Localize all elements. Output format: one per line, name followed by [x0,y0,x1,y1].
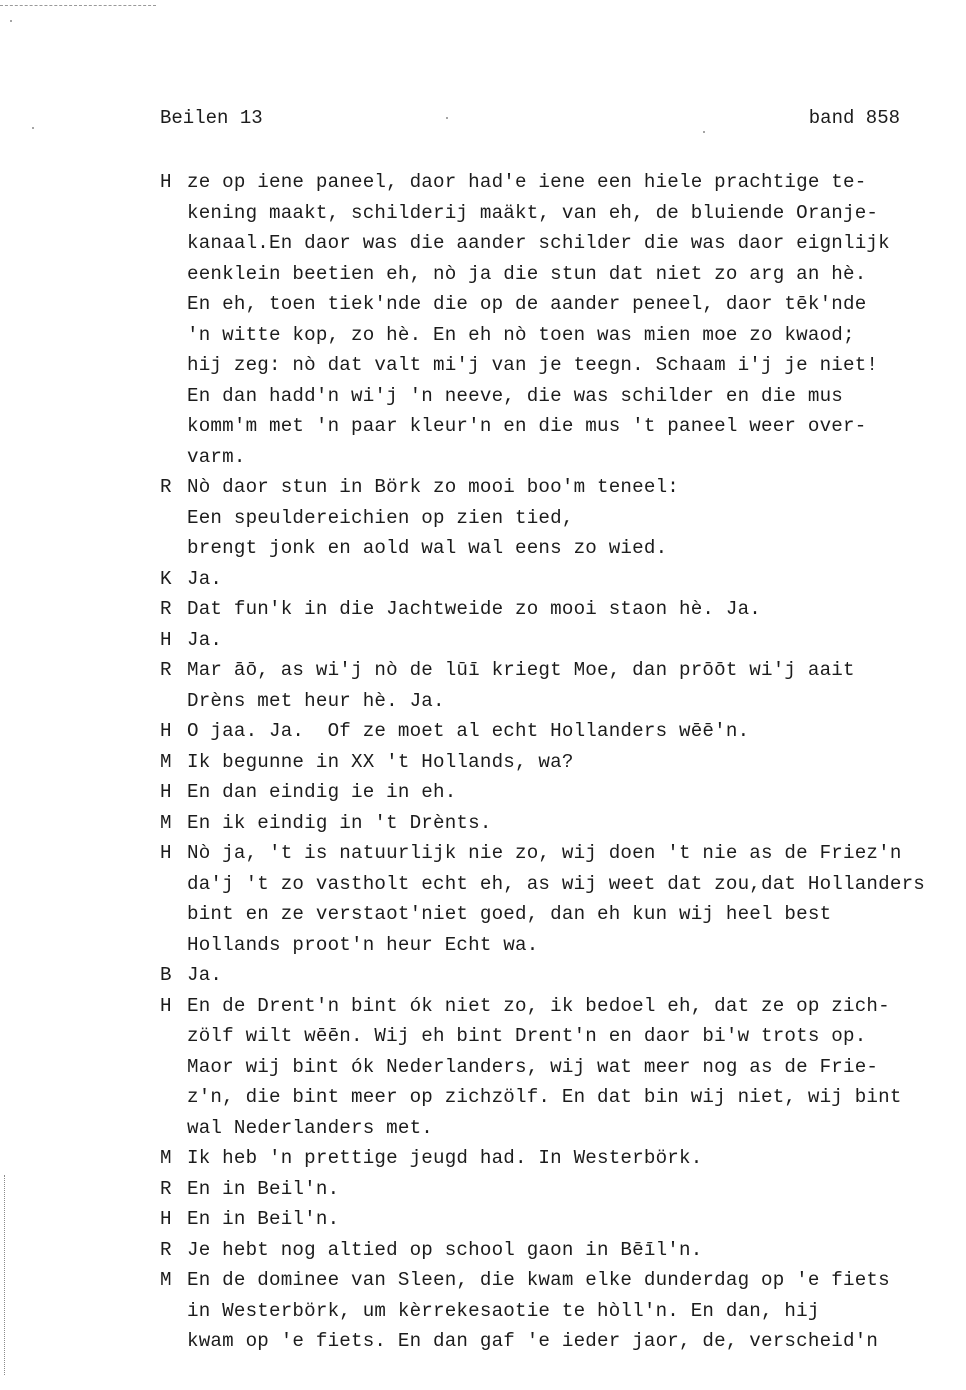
scan-speck [32,127,34,129]
transcript-line: Drèns met heur hè. Ja. [187,686,950,717]
speaker-label: H [160,838,172,869]
tape-number-label: band 858 [809,106,900,130]
speaker-label: R [160,594,172,625]
transcript-turn: MIk begunne in XX 't Hollands, wa? [160,747,950,778]
transcript-line: eenklein beetien eh, nò ja die stun dat … [187,259,950,290]
transcript-line: En in Beil'n. [187,1204,950,1235]
transcript-line: Maor wij bint ók Nederlanders, wij wat m… [187,1052,950,1083]
transcript-turn: MEn de dominee van Sleen, die kwam elke … [160,1265,950,1357]
speaker-label: R [160,472,172,503]
transcript-line: Ik heb 'n prettige jeugd had. In Westerb… [187,1143,950,1174]
transcript-line: zölf wilt wēēn. Wij eh bint Drent'n en d… [187,1021,950,1052]
transcript-line: Nò daor stun in Börk zo mooi boo'm tenee… [187,472,950,503]
transcript-line: komm'm met 'n paar kleur'n en die mus 't… [187,411,950,442]
scan-speck [10,20,12,22]
speaker-label: B [160,960,172,991]
transcript-turn: HO jaa. Ja. Of ze moet al echt Hollander… [160,716,950,747]
transcript-line: 'n witte kop, zo hè. En eh nò toen was m… [187,320,950,351]
transcript-turn: RNò daor stun in Börk zo mooi boo'm tene… [160,472,950,564]
transcript-line: wal Nederlanders met. [187,1113,950,1144]
speaker-label: H [160,167,172,198]
transcript-line: in Westerbörk, um kèrrekesaotie te hòll'… [187,1296,950,1327]
transcript-line: kwam op 'e fiets. En dan gaf 'e ieder ja… [187,1326,950,1357]
transcript-line: En dan eindig ie in eh. [187,777,950,808]
speaker-label: H [160,777,172,808]
transcript-line: bint en ze verstaot'niet goed, dan eh ku… [187,899,950,930]
transcript-turn: HEn de Drent'n bint ók niet zo, ik bedoe… [160,991,950,1144]
transcript-line: Je hebt nog altied op school gaon in Bēī… [187,1235,950,1266]
transcript-line: Ja. [187,564,950,595]
transcript-line: Mar āō, as wi'j nò de lūī kriegt Moe, da… [187,655,950,686]
transcript-line: Nò ja, 't is natuurlijk nie zo, wij doen… [187,838,950,869]
speaker-label: H [160,716,172,747]
transcript-turn: REn in Beil'n. [160,1174,950,1205]
speaker-label: H [160,1204,172,1235]
transcript-line: hij zeg: nò dat valt mi'j van je teegn. … [187,350,950,381]
transcript-line: kanaal.En daor was die aander schilder d… [187,228,950,259]
transcript-turn: KJa. [160,564,950,595]
transcript-line: O jaa. Ja. Of ze moet al echt Hollanders… [187,716,950,747]
transcript-line: brengt jonk en aold wal wal eens zo wied… [187,533,950,564]
transcript-line: ze op iene paneel, daor had'e iene een h… [187,167,950,198]
speaker-label: R [160,1174,172,1205]
transcript-line: Ik begunne in XX 't Hollands, wa? [187,747,950,778]
transcript-turn: RDat fun'k in die Jachtweide zo mooi sta… [160,594,950,625]
transcript-line: Dat fun'k in die Jachtweide zo mooi stao… [187,594,950,625]
scan-edge-top [0,5,156,6]
speaker-label: M [160,1143,172,1174]
transcript-body: Hze op iene paneel, daor had'e iene een … [160,167,950,1357]
transcript-turn: RJe hebt nog altied op school gaon in Bē… [160,1235,950,1266]
transcript-line: z'n, die bint meer op zichzölf. En dat b… [187,1082,950,1113]
transcript-line: En de Drent'n bint ók niet zo, ik bedoel… [187,991,950,1022]
transcript-turn: RMar āō, as wi'j nò de lūī kriegt Moe, d… [160,655,950,716]
transcript-turn: HNò ja, 't is natuurlijk nie zo, wij doe… [160,838,950,960]
speaker-label: R [160,655,172,686]
transcript-line: kening maakt, schilderij maäkt, van eh, … [187,198,950,229]
transcript-line: En de dominee van Sleen, die kwam elke d… [187,1265,950,1296]
transcript-line: En in Beil'n. [187,1174,950,1205]
transcript-turn: MEn ik eindig in 't Drènts. [160,808,950,839]
transcript-turn: HEn in Beil'n. [160,1204,950,1235]
transcript-line: En eh, toen tiek'nde die op de aander pe… [187,289,950,320]
location-label: Beilen 13 [160,106,263,130]
transcript-line: En dan hadd'n wi'j 'n neeve, die was sch… [187,381,950,412]
transcript-turn: HJa. [160,625,950,656]
transcript-line: Hollands proot'n heur Echt wa. [187,930,950,961]
speaker-label: R [160,1235,172,1266]
scan-speck [703,131,705,133]
transcript-line: Ja. [187,960,950,991]
speaker-label: M [160,747,172,778]
transcript-turn: Hze op iene paneel, daor had'e iene een … [160,167,950,472]
transcript-turn: HEn dan eindig ie in eh. [160,777,950,808]
speaker-label: M [160,808,172,839]
scan-edge-left [4,1175,5,1375]
transcript-turn: BJa. [160,960,950,991]
transcript-line: En ik eindig in 't Drènts. [187,808,950,839]
transcript-line: Een speuldereichien op zien tied, [187,503,950,534]
speaker-label: H [160,625,172,656]
transcript-line: Ja. [187,625,950,656]
transcript-turn: MIk heb 'n prettige jeugd had. In Wester… [160,1143,950,1174]
transcript-line: varm. [187,442,950,473]
speaker-label: K [160,564,172,595]
speaker-label: M [160,1265,172,1296]
scan-speck [446,117,448,119]
transcript-line: da'j 't zo vastholt echt eh, as wij weet… [187,869,950,900]
speaker-label: H [160,991,172,1022]
